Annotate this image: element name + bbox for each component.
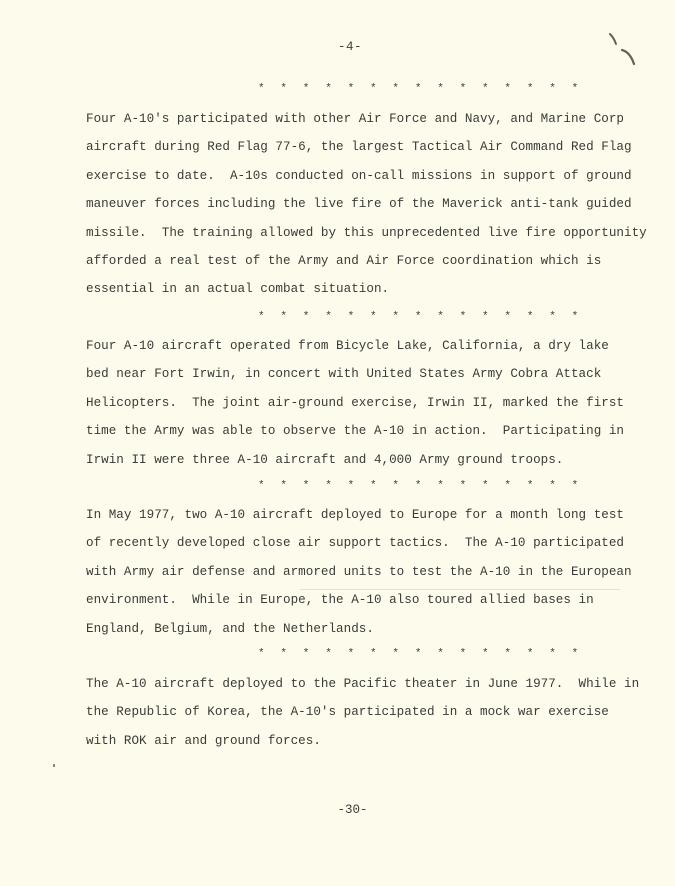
text-line: with ROK air and ground forces. <box>86 734 639 762</box>
section-separator: * * * * * * * * * * * * * * * <box>258 83 583 95</box>
text-line: environment. While in Europe, the A-10 a… <box>86 593 632 621</box>
section-separator: * * * * * * * * * * * * * * * <box>258 311 583 323</box>
section-separator: * * * * * * * * * * * * * * * <box>258 480 583 492</box>
paragraph-pacific: The A-10 aircraft deployed to the Pacifi… <box>86 677 639 762</box>
paragraph-europe: In May 1977, two A-10 aircraft deployed … <box>86 508 632 650</box>
text-line: Helicopters. The joint air-ground exerci… <box>86 396 624 424</box>
text-line: aircraft during Red Flag 77-6, the large… <box>86 140 647 168</box>
paragraph-red-flag: Four A-10's participated with other Air … <box>86 112 647 311</box>
text-line: The A-10 aircraft deployed to the Pacifi… <box>86 677 639 705</box>
text-line: Irwin II were three A-10 aircraft and 4,… <box>86 453 624 481</box>
text-line: Four A-10's participated with other Air … <box>86 112 647 140</box>
header-page-number: -4- <box>0 40 675 54</box>
text-line: of recently developed close air support … <box>86 536 632 564</box>
text-line: exercise to date. A-10s conducted on-cal… <box>86 169 647 197</box>
text-line: afforded a real test of the Army and Air… <box>86 254 647 282</box>
text-line: Four A-10 aircraft operated from Bicycle… <box>86 339 624 367</box>
text-line: time the Army was able to observe the A-… <box>86 424 624 452</box>
text-line: bed near Fort Irwin, in concert with Uni… <box>86 367 624 395</box>
paragraph-irwin-ii: Four A-10 aircraft operated from Bicycle… <box>86 339 624 481</box>
text-line: essential in an actual combat situation. <box>86 282 647 310</box>
text-line: missile. The training allowed by this un… <box>86 226 647 254</box>
pen-mark-icon <box>608 32 640 68</box>
text-line: the Republic of Korea, the A-10's partic… <box>86 705 639 733</box>
document-page: -4- * * * * * * * * * * * * * * * Four A… <box>0 0 675 886</box>
scan-speck <box>53 764 55 767</box>
text-line: England, Belgium, and the Netherlands. <box>86 622 632 650</box>
section-separator: * * * * * * * * * * * * * * * <box>258 648 583 660</box>
footer-page-number: -30- <box>0 803 675 817</box>
scan-artifact <box>300 589 620 590</box>
text-line: maneuver forces including the live fire … <box>86 197 647 225</box>
text-line: In May 1977, two A-10 aircraft deployed … <box>86 508 632 536</box>
